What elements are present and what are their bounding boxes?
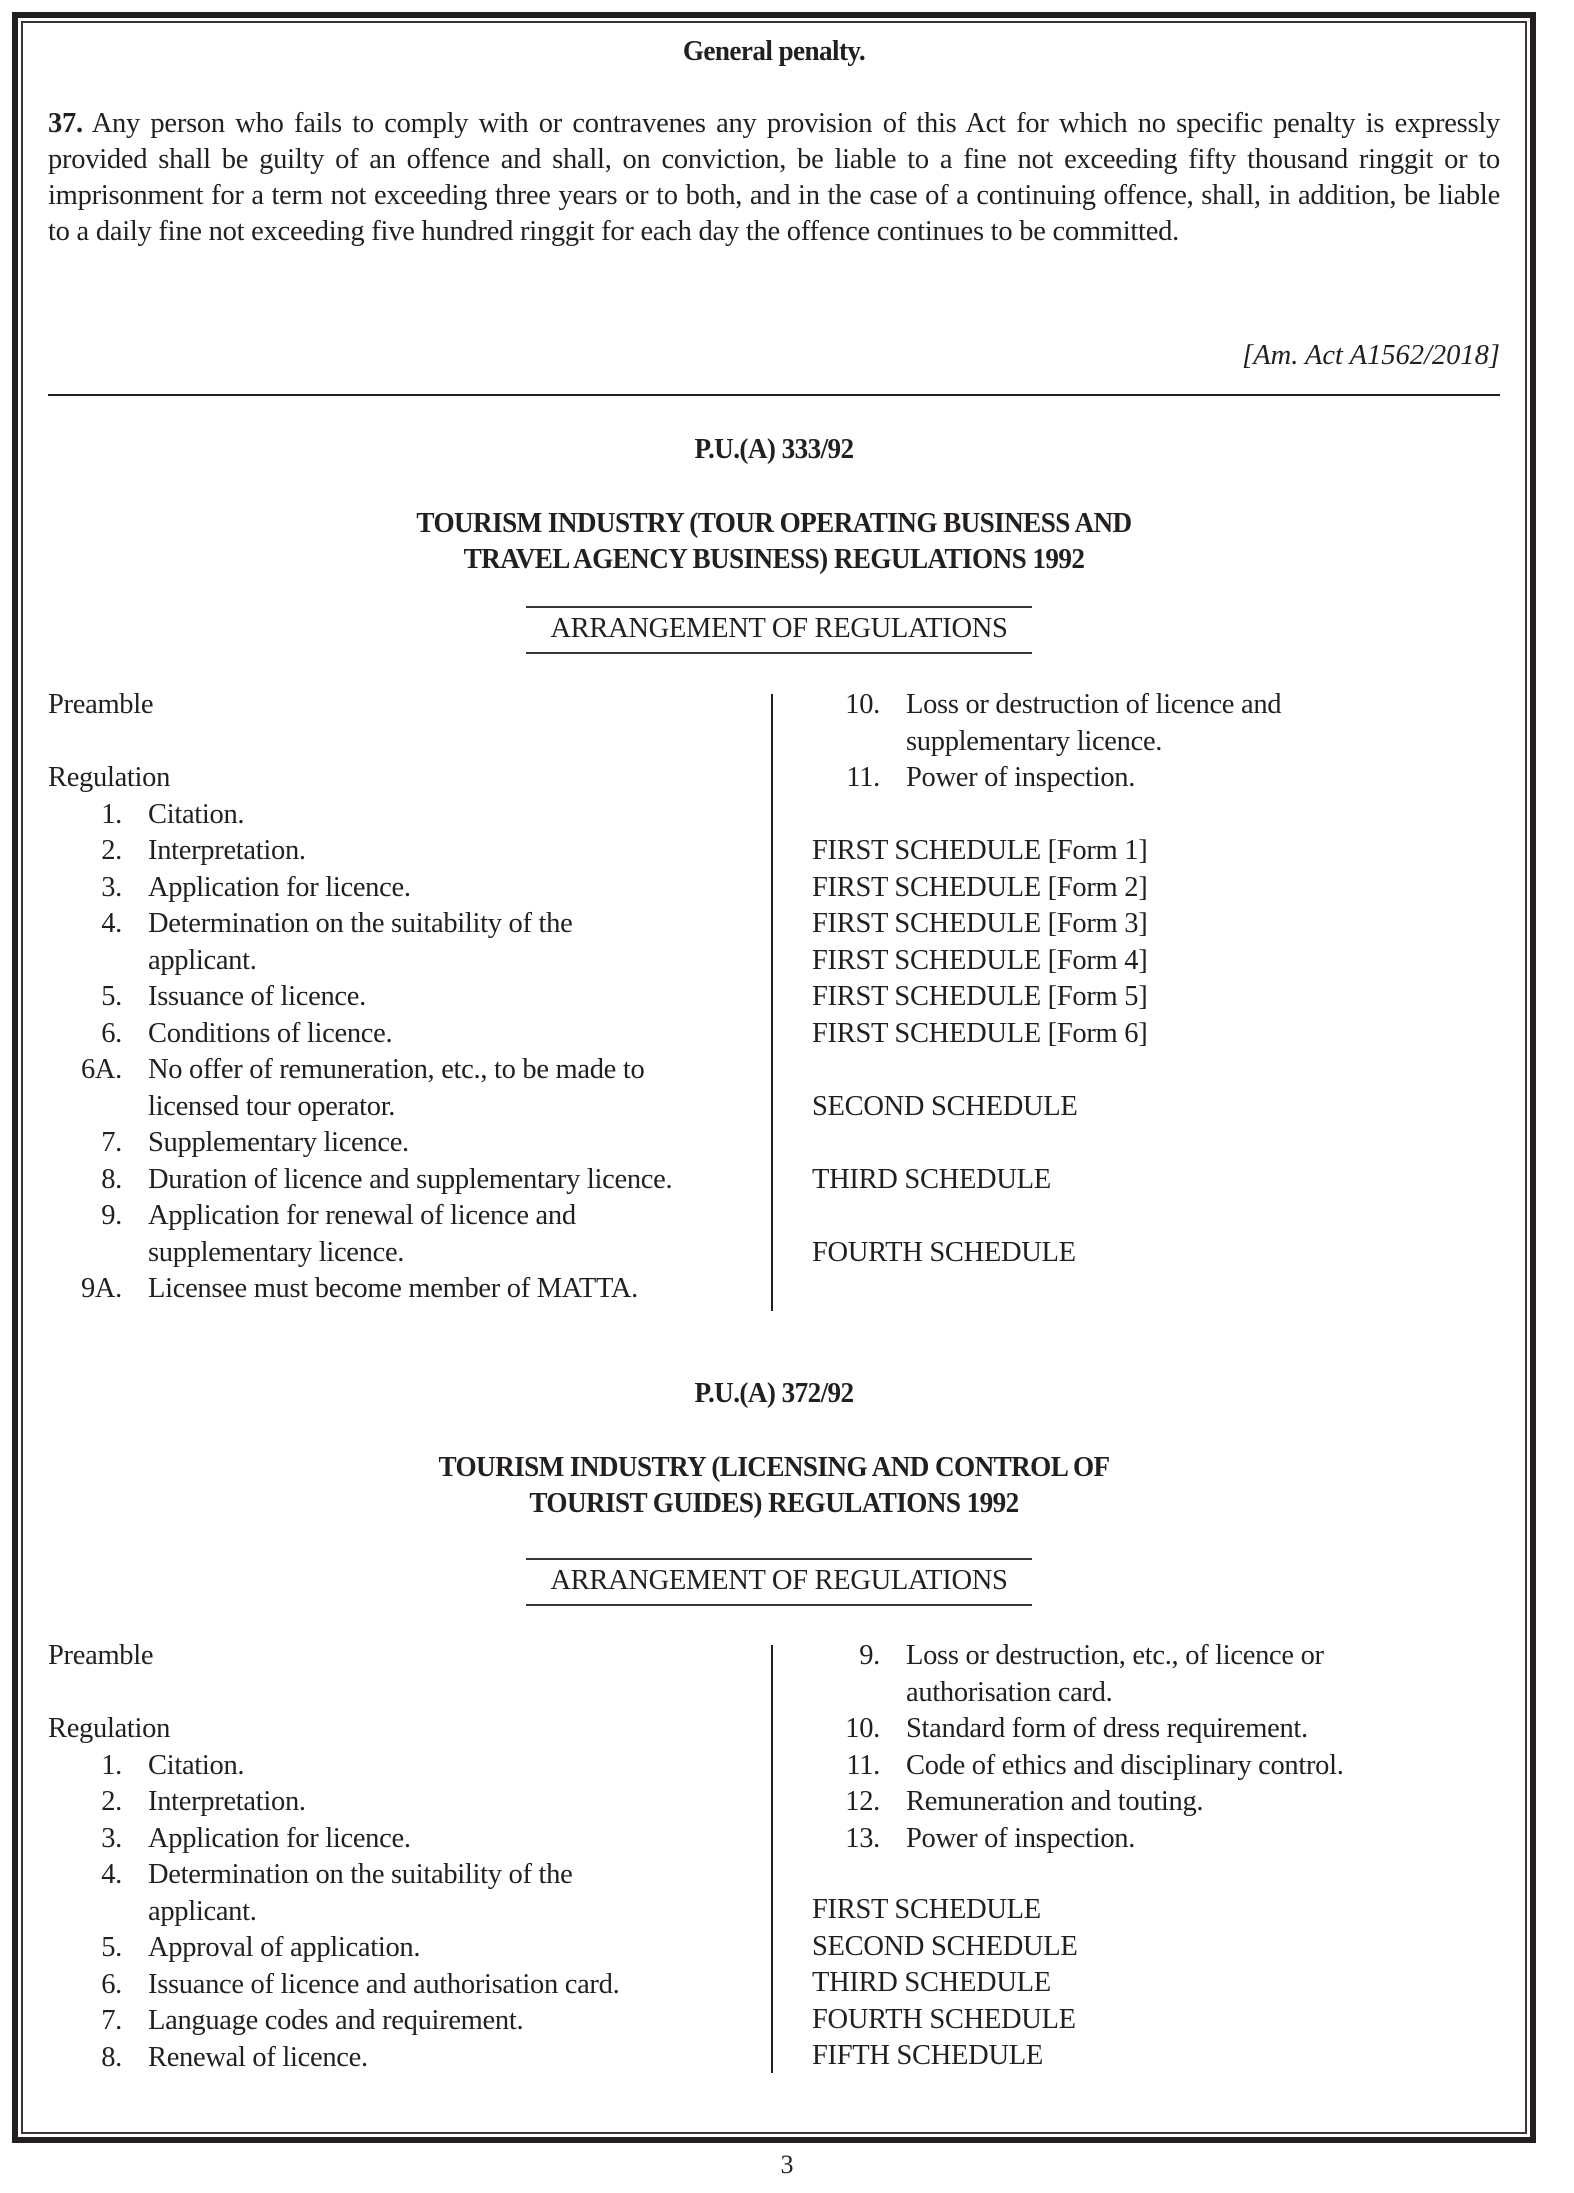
schedule-item: FIRST SCHEDULE [Form 5]: [812, 979, 1147, 1016]
pu-number-1: P.U.(A) 333/92: [70, 432, 1478, 469]
schedule-item: FOURTH SCHEDULE: [812, 1235, 1076, 1272]
regulation-title: Licensee must become member of MATTA.: [148, 1271, 638, 1308]
regulation-title: Supplementary licence.: [148, 1125, 409, 1162]
schedule-item: THIRD SCHEDULE: [812, 1162, 1051, 1199]
schedule-item: FIRST SCHEDULE: [812, 1892, 1041, 1929]
regulation-number: 10.: [820, 687, 880, 724]
regulation-number: 12.: [820, 1784, 880, 1821]
section-text: Any person who fails to comply with or c…: [48, 108, 1500, 247]
column-divider-2: [771, 1645, 773, 2073]
page-number: 3: [0, 2150, 1574, 2180]
regulation-number: 5.: [62, 979, 122, 1016]
regulation-title: applicant.: [148, 1894, 257, 1931]
regulation-number: 1.: [62, 1748, 122, 1785]
regulation-number: 13.: [820, 1821, 880, 1858]
regulation-number: 1.: [62, 797, 122, 834]
regulation-title: No offer of remuneration, etc., to be ma…: [148, 1052, 644, 1089]
schedule-item: FOURTH SCHEDULE: [812, 2002, 1076, 2039]
regulation-title: Renewal of licence.: [148, 2040, 368, 2077]
schedule-item: FIRST SCHEDULE [Form 1]: [812, 833, 1147, 870]
regulation-number: 7.: [62, 2003, 122, 2040]
regulation-title: Power of inspection.: [906, 760, 1135, 797]
regulation-title: Loss or destruction, etc., of licence or: [906, 1638, 1324, 1675]
section-37-paragraph: 37. Any person who fails to comply with …: [48, 106, 1500, 250]
regulation-title: Standard form of dress requirement.: [906, 1711, 1308, 1748]
regulation-title: Language codes and requirement.: [148, 2003, 523, 2040]
regulation-title: Duration of licence and supplementary li…: [148, 1162, 672, 1199]
regulation-title: authorisation card.: [906, 1675, 1112, 1712]
regulation-label: Regulation: [48, 760, 170, 797]
section-heading: General penalty.: [70, 34, 1478, 71]
regulation-number: 11.: [820, 1748, 880, 1785]
regulation-number: 2.: [62, 1784, 122, 1821]
regulation-title: Interpretation.: [148, 1784, 306, 1821]
column-divider-1: [771, 694, 773, 1311]
regulation-title: Application for licence.: [148, 1821, 411, 1858]
schedule-item: FIRST SCHEDULE [Form 3]: [812, 906, 1147, 943]
regulation-number: 11.: [820, 760, 880, 797]
regulation-number: 6A.: [62, 1052, 122, 1089]
regulation-number: 7.: [62, 1125, 122, 1162]
regulation-number: 9.: [820, 1638, 880, 1675]
regulation-title: Citation.: [148, 1748, 244, 1785]
regulation-title: supplementary licence.: [906, 724, 1162, 761]
pu-number-2: P.U.(A) 372/92: [70, 1376, 1478, 1413]
arrangement-heading-2: ARRANGEMENT OF REGULATIONS: [526, 1558, 1032, 1606]
regulation-number: 4.: [62, 1857, 122, 1894]
preamble-label: Preamble: [48, 1638, 153, 1675]
regulation-title: Issuance of licence.: [148, 979, 366, 1016]
regulation-title: Interpretation.: [148, 833, 306, 870]
regulation-number: 4.: [62, 906, 122, 943]
regulation-title: Approval of application.: [148, 1930, 420, 1967]
regulation-number: 9A.: [62, 1271, 122, 1308]
regulation-number: 8.: [62, 1162, 122, 1199]
regulation-title: Remuneration and touting.: [906, 1784, 1203, 1821]
regulation-number: 9.: [62, 1198, 122, 1235]
section-number: 37.: [48, 108, 83, 139]
regulation-title: licensed tour operator.: [148, 1089, 395, 1126]
regulation-number: 6.: [62, 1967, 122, 2004]
regulation-number: 5.: [62, 1930, 122, 1967]
schedule-item: FIRST SCHEDULE [Form 6]: [812, 1016, 1147, 1053]
regulation-title: applicant.: [148, 943, 257, 980]
regulation-title: Power of inspection.: [906, 1821, 1135, 1858]
schedule-item: THIRD SCHEDULE: [812, 1965, 1051, 2002]
regulation-number: 2.: [62, 833, 122, 870]
schedule-item: SECOND SCHEDULE: [812, 1089, 1077, 1126]
regulation-title: Code of ethics and disciplinary control.: [906, 1748, 1344, 1785]
schedule-item: SECOND SCHEDULE: [812, 1929, 1077, 1966]
regulation-title: Conditions of licence.: [148, 1016, 392, 1053]
regulation-title: Loss or destruction of licence and: [906, 687, 1281, 724]
schedule-item: FIRST SCHEDULE [Form 2]: [812, 870, 1147, 907]
regulations-1-title-line-1: TOURISM INDUSTRY (TOUR OPERATING BUSINES…: [70, 506, 1478, 543]
regulation-label: Regulation: [48, 1711, 170, 1748]
regulations-2-title-line-2: TOURIST GUIDES) REGULATIONS 1992: [70, 1486, 1478, 1523]
regulations-2-title-line-1: TOURISM INDUSTRY (LICENSING AND CONTROL …: [70, 1450, 1478, 1487]
regulation-title: Issuance of licence and authorisation ca…: [148, 1967, 619, 2004]
regulation-number: 3.: [62, 870, 122, 907]
regulation-title: Citation.: [148, 797, 244, 834]
regulation-title: Determination on the suitability of the: [148, 1857, 572, 1894]
regulation-title: supplementary licence.: [148, 1235, 404, 1272]
regulation-number: 10.: [820, 1711, 880, 1748]
section-divider-rule: [48, 394, 1500, 396]
amendment-reference: [Am. Act A1562/2018]: [1242, 338, 1500, 375]
regulation-title: Application for renewal of licence and: [148, 1198, 576, 1235]
regulation-title: Determination on the suitability of the: [148, 906, 572, 943]
arrangement-heading-1: ARRANGEMENT OF REGULATIONS: [526, 606, 1032, 654]
regulation-title: Application for licence.: [148, 870, 411, 907]
schedule-item: FIRST SCHEDULE [Form 4]: [812, 943, 1147, 980]
regulation-number: 6.: [62, 1016, 122, 1053]
regulation-number: 8.: [62, 2040, 122, 2077]
regulation-number: 3.: [62, 1821, 122, 1858]
regulations-1-title-line-2: TRAVEL AGENCY BUSINESS) REGULATIONS 1992: [70, 542, 1478, 579]
schedule-item: FIFTH SCHEDULE: [812, 2038, 1043, 2075]
preamble-label: Preamble: [48, 687, 153, 724]
